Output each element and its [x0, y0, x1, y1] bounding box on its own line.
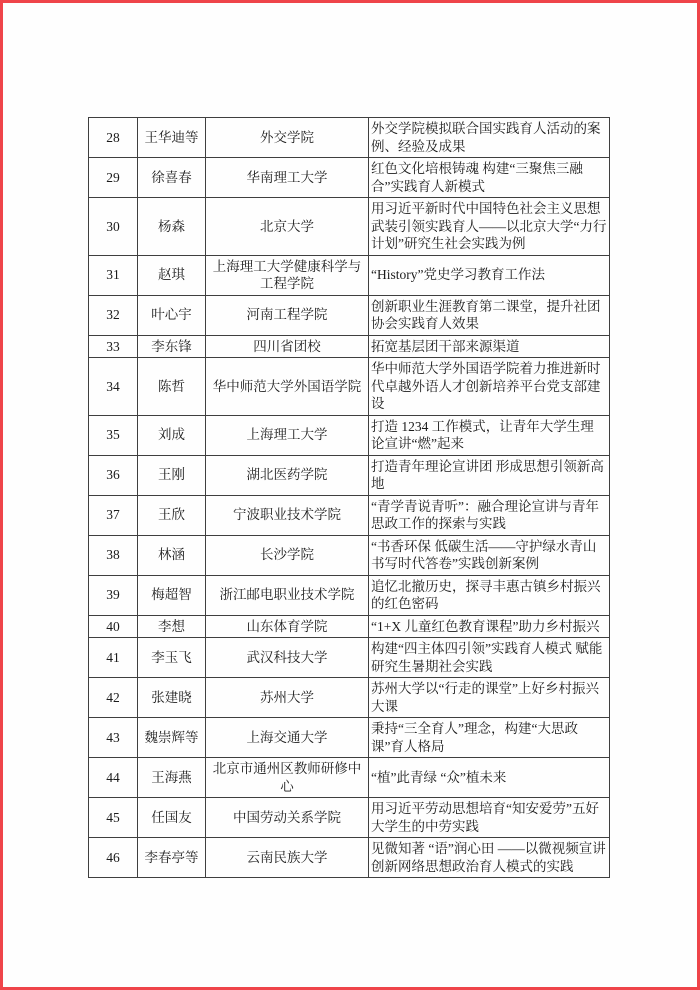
cell-author-name: 李春亭等	[138, 838, 206, 878]
cell-institution: 湖北医药学院	[206, 455, 369, 495]
cell-author-name: 王华迪等	[138, 118, 206, 158]
cell-author-name: 林涵	[138, 535, 206, 575]
cell-case-title: 秉持“三全育人”理念，构建“大思政课”育人格局	[369, 718, 610, 758]
cell-number: 45	[89, 798, 138, 838]
cell-number: 33	[89, 335, 138, 358]
cell-number: 31	[89, 255, 138, 295]
cell-institution: 苏州大学	[206, 678, 369, 718]
cell-author-name: 李玉飞	[138, 638, 206, 678]
table-row: 32叶心宇河南工程学院创新职业生涯教育第二课堂，提升社团协会实践育人效果	[89, 295, 610, 335]
cell-author-name: 魏崇辉等	[138, 718, 206, 758]
document-page: { "colors": { "page_border": "#ef444a", …	[0, 0, 700, 990]
table-row: 28王华迪等外交学院外交学院模拟联合国实践育人活动的案例、经验及成果	[89, 118, 610, 158]
cell-number: 40	[89, 615, 138, 638]
table-row: 45任国友中国劳动关系学院用习近平劳动思想培育“知安爱劳”五好大学生的中劳实践	[89, 798, 610, 838]
cell-case-title: 创新职业生涯教育第二课堂，提升社团协会实践育人效果	[369, 295, 610, 335]
cell-author-name: 李想	[138, 615, 206, 638]
cell-case-title: 红色文化培根铸魂 构建“三聚焦三融合”实践育人新模式	[369, 158, 610, 198]
cell-institution: 河南工程学院	[206, 295, 369, 335]
cell-institution: 长沙学院	[206, 535, 369, 575]
cell-number: 46	[89, 838, 138, 878]
table-row: 40李想山东体育学院“1+X 儿童红色教育课程”助力乡村振兴	[89, 615, 610, 638]
cell-institution: 北京大学	[206, 198, 369, 256]
table-row: 33李东锋四川省团校拓宽基层团干部来源渠道	[89, 335, 610, 358]
table-row: 37王欣宁波职业技术学院“青学青说青听”：融合理论宣讲与青年思政工作的探索与实践	[89, 495, 610, 535]
cell-case-title: 打造青年理论宣讲团 形成思想引领新高地	[369, 455, 610, 495]
table-row: 42张建晓苏州大学苏州大学以“行走的课堂”上好乡村振兴大课	[89, 678, 610, 718]
cell-author-name: 张建晓	[138, 678, 206, 718]
table-row: 35刘成上海理工大学打造 1234 工作模式，让青年大学生理论宣讲“燃”起来	[89, 415, 610, 455]
cell-number: 39	[89, 575, 138, 615]
table-row: 30杨森北京大学用习近平新时代中国特色社会主义思想武装引领实践育人——以北京大学…	[89, 198, 610, 256]
practice-education-cases-table: 28王华迪等外交学院外交学院模拟联合国实践育人活动的案例、经验及成果29徐喜春华…	[88, 117, 610, 878]
cell-author-name: 李东锋	[138, 335, 206, 358]
table-row: 31赵琪上海理工大学健康科学与工程学院“History”党史学习教育工作法	[89, 255, 610, 295]
cell-institution: 浙江邮电职业技术学院	[206, 575, 369, 615]
table-row: 39梅超智浙江邮电职业技术学院追忆北撤历史，探寻丰惠古镇乡村振兴的红色密码	[89, 575, 610, 615]
table-body: 28王华迪等外交学院外交学院模拟联合国实践育人活动的案例、经验及成果29徐喜春华…	[89, 118, 610, 878]
cell-number: 37	[89, 495, 138, 535]
cell-case-title: 用习近平新时代中国特色社会主义思想武装引领实践育人——以北京大学“力行计划”研究…	[369, 198, 610, 256]
cell-number: 43	[89, 718, 138, 758]
cell-author-name: 王欣	[138, 495, 206, 535]
cell-author-name: 赵琪	[138, 255, 206, 295]
cell-number: 30	[89, 198, 138, 256]
cell-number: 38	[89, 535, 138, 575]
cell-case-title: “History”党史学习教育工作法	[369, 255, 610, 295]
cell-institution: 上海交通大学	[206, 718, 369, 758]
cell-author-name: 杨森	[138, 198, 206, 256]
cell-number: 44	[89, 758, 138, 798]
table-row: 34陈哲华中师范大学外国语学院华中师范大学外国语学院着力推进新时代卓越外语人才创…	[89, 358, 610, 416]
cell-author-name: 王刚	[138, 455, 206, 495]
cell-institution: 中国劳动关系学院	[206, 798, 369, 838]
cell-number: 34	[89, 358, 138, 416]
cell-institution: 宁波职业技术学院	[206, 495, 369, 535]
cell-author-name: 刘成	[138, 415, 206, 455]
cell-author-name: 王海燕	[138, 758, 206, 798]
cell-institution: 北京市通州区教师研修中心	[206, 758, 369, 798]
cell-number: 32	[89, 295, 138, 335]
cell-number: 28	[89, 118, 138, 158]
table-row: 38林涵长沙学院“书香环保 低碳生活——守护绿水青山书写时代答卷”实践创新案例	[89, 535, 610, 575]
cell-number: 41	[89, 638, 138, 678]
cell-case-title: 构建“四主体四引领”实践育人模式 赋能研究生暑期社会实践	[369, 638, 610, 678]
cell-author-name: 梅超智	[138, 575, 206, 615]
cell-author-name: 任国友	[138, 798, 206, 838]
table-row: 44王海燕北京市通州区教师研修中心“植”此青绿 “众”植未来	[89, 758, 610, 798]
cell-case-title: 追忆北撤历史，探寻丰惠古镇乡村振兴的红色密码	[369, 575, 610, 615]
table-row: 46李春亭等云南民族大学见微知著 “语”润心田 ——以微视频宣讲创新网络思想政治…	[89, 838, 610, 878]
cell-case-title: 外交学院模拟联合国实践育人活动的案例、经验及成果	[369, 118, 610, 158]
table-row: 36王刚湖北医药学院打造青年理论宣讲团 形成思想引领新高地	[89, 455, 610, 495]
cell-number: 42	[89, 678, 138, 718]
cell-case-title: “1+X 儿童红色教育课程”助力乡村振兴	[369, 615, 610, 638]
cell-institution: 上海理工大学	[206, 415, 369, 455]
cell-institution: 华南理工大学	[206, 158, 369, 198]
cell-case-title: 用习近平劳动思想培育“知安爱劳”五好大学生的中劳实践	[369, 798, 610, 838]
cell-institution: 外交学院	[206, 118, 369, 158]
cell-case-title: “植”此青绿 “众”植未来	[369, 758, 610, 798]
cell-institution: 华中师范大学外国语学院	[206, 358, 369, 416]
cell-institution: 上海理工大学健康科学与工程学院	[206, 255, 369, 295]
cell-case-title: 苏州大学以“行走的课堂”上好乡村振兴大课	[369, 678, 610, 718]
table-row: 41李玉飞武汉科技大学构建“四主体四引领”实践育人模式 赋能研究生暑期社会实践	[89, 638, 610, 678]
cell-institution: 四川省团校	[206, 335, 369, 358]
cell-case-title: “书香环保 低碳生活——守护绿水青山书写时代答卷”实践创新案例	[369, 535, 610, 575]
table-row: 29徐喜春华南理工大学红色文化培根铸魂 构建“三聚焦三融合”实践育人新模式	[89, 158, 610, 198]
cell-author-name: 徐喜春	[138, 158, 206, 198]
cell-author-name: 陈哲	[138, 358, 206, 416]
cell-number: 35	[89, 415, 138, 455]
cell-institution: 武汉科技大学	[206, 638, 369, 678]
cell-author-name: 叶心宇	[138, 295, 206, 335]
cell-number: 29	[89, 158, 138, 198]
cell-case-title: 见微知著 “语”润心田 ——以微视频宣讲创新网络思想政治育人模式的实践	[369, 838, 610, 878]
table-row: 43魏崇辉等上海交通大学秉持“三全育人”理念，构建“大思政课”育人格局	[89, 718, 610, 758]
cell-institution: 山东体育学院	[206, 615, 369, 638]
cell-number: 36	[89, 455, 138, 495]
cell-case-title: 打造 1234 工作模式，让青年大学生理论宣讲“燃”起来	[369, 415, 610, 455]
cell-case-title: “青学青说青听”：融合理论宣讲与青年思政工作的探索与实践	[369, 495, 610, 535]
cell-case-title: 拓宽基层团干部来源渠道	[369, 335, 610, 358]
cell-institution: 云南民族大学	[206, 838, 369, 878]
cell-case-title: 华中师范大学外国语学院着力推进新时代卓越外语人才创新培养平台党支部建设	[369, 358, 610, 416]
